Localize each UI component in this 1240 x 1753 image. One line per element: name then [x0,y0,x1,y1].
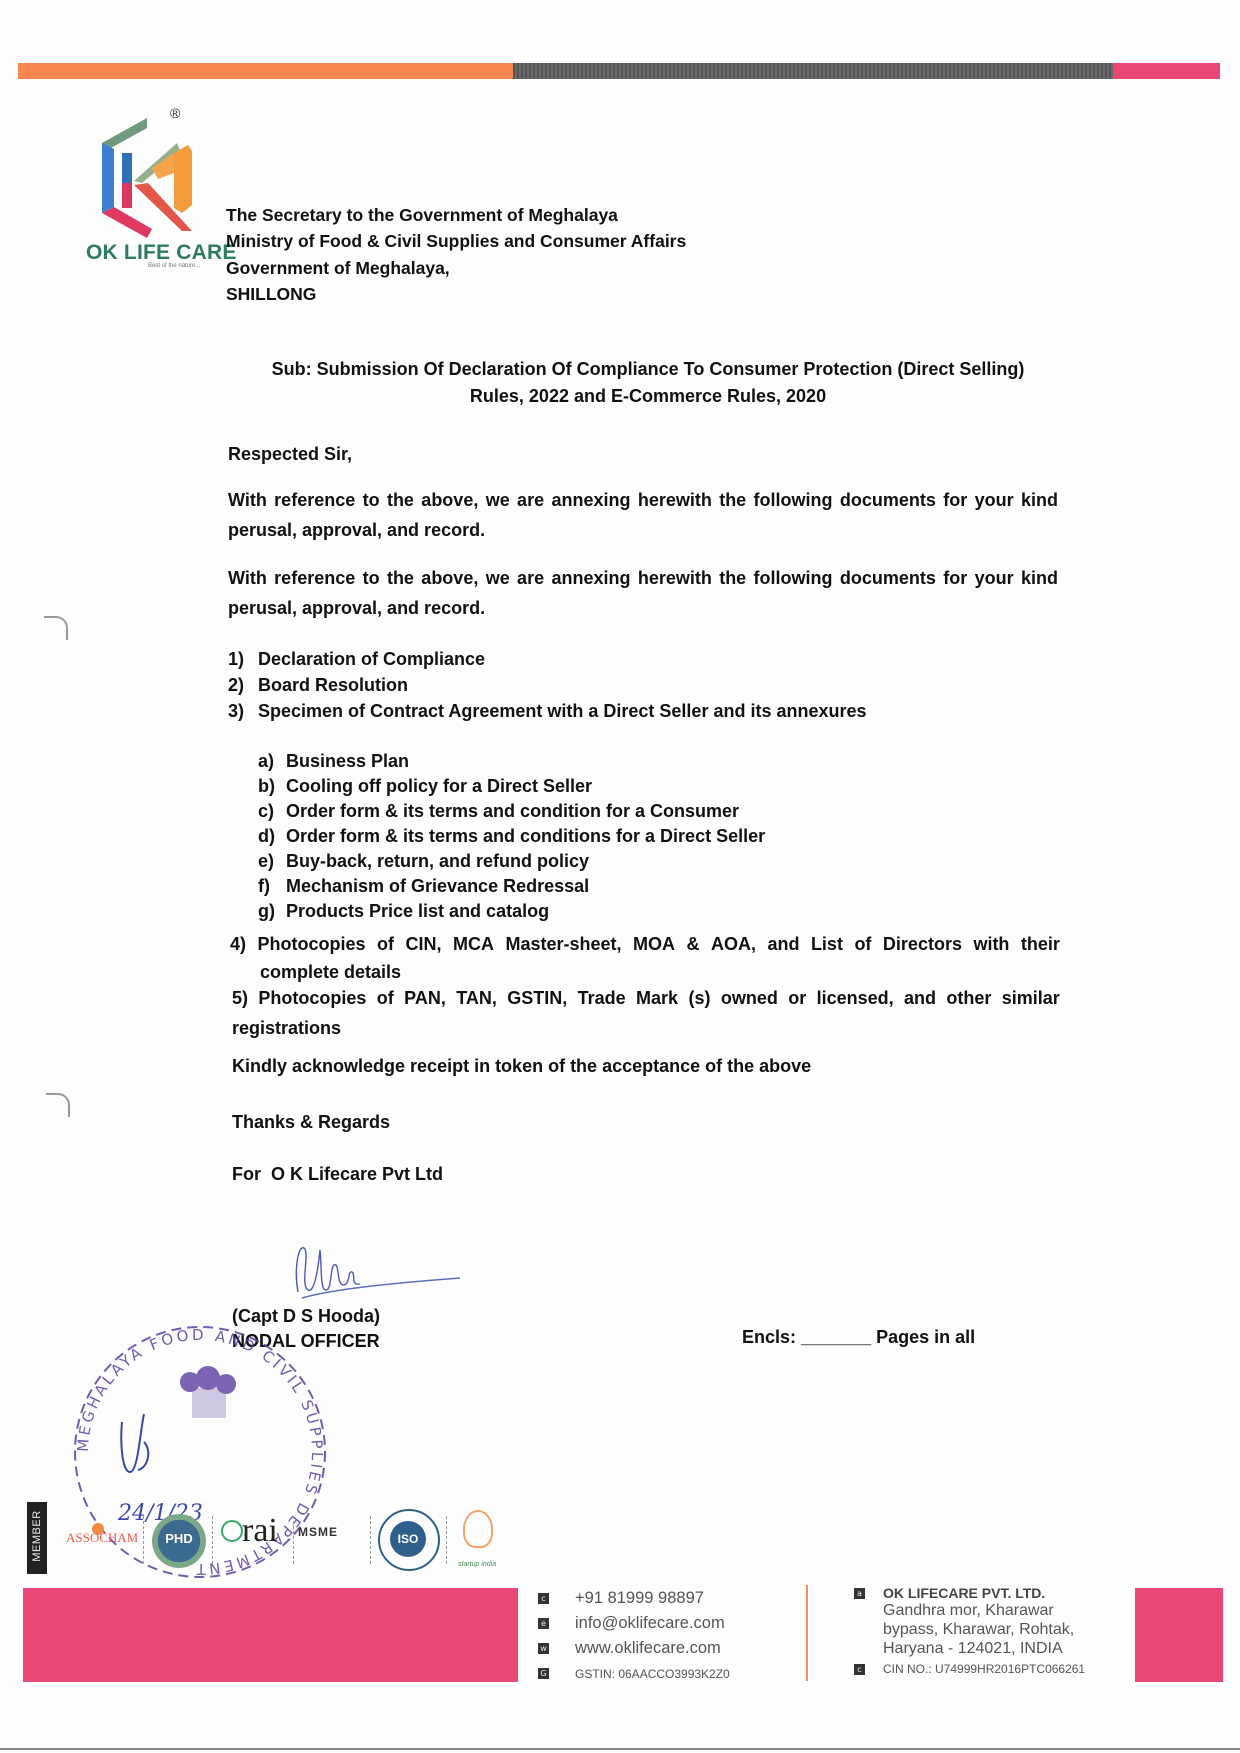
startup-india-badge: startup india [458,1561,496,1568]
cin-number: CIN NO.: U74999HR2016PTC066261 [883,1662,1085,1676]
list-item: 2)Board Resolution [228,672,867,698]
gstin-icon: G [538,1668,549,1679]
msme-badge: MSME [298,1525,338,1539]
list-item: d)Order form & its terms and conditions … [258,823,765,849]
divider [293,1516,294,1564]
item5-continuation: registrations [232,1013,1060,1043]
list-item: 3)Specimen of Contract Agreement with a … [228,698,867,724]
word: (s) [688,983,710,1013]
phone-icon: c [538,1593,549,1604]
word: owned [721,983,778,1013]
recipient-line: Government of Meghalaya, [226,255,686,281]
logo-name: OK LIFE CARE [86,241,237,265]
word: 4) [230,930,246,958]
phone-number[interactable]: +91 81999 98897 [575,1589,704,1608]
rai-badge: rai [242,1512,278,1550]
divider [446,1516,447,1564]
word: licensed, [817,983,894,1013]
word: of [854,930,871,958]
word: Photocopies [258,983,366,1013]
email-link[interactable]: info@oklifecare.com [575,1614,725,1633]
salutation: Respected Sir, [228,441,352,467]
documents-list: 1)Declaration of Compliance 2)Board Reso… [228,646,867,724]
cin-icon: c [854,1664,865,1675]
acknowledge-request: Kindly acknowledge receipt in token of t… [232,1053,811,1079]
footer-pink-block [23,1588,518,1682]
footer-pink-block [1135,1588,1223,1682]
divider [370,1516,371,1564]
word: Directors [883,930,962,958]
member-label: MEMBER [27,1502,47,1574]
subject: Sub: Submission Of Declaration Of Compli… [228,356,1068,410]
word: & [686,930,699,958]
word: other [946,983,991,1013]
list-item: g)Products Price list and catalog [258,898,765,924]
gstin-number: GSTIN: 06AACCO3993K2Z0 [575,1667,730,1681]
word: Photocopies [258,930,366,958]
word: of [377,930,394,958]
logo-tagline: Best of the nature... [148,263,200,269]
assocham-badge: ASSOCHAM [66,1530,138,1546]
contact-phone: c +91 81999 98897 [538,1586,730,1611]
word: GSTIN, [507,983,567,1013]
enclosures-suffix: Pages in all [876,1327,975,1347]
address-icon: a [854,1588,865,1599]
recipient-address: The Secretary to the Government of Megha… [226,202,686,307]
address-line: Gandhra mor, Kharawar [854,1601,1085,1620]
word: TAN, [456,983,497,1013]
enclosures: Encls: _______ Pages in all [742,1324,975,1350]
contact-email: e info@oklifecare.com [538,1611,730,1636]
registered-mark: ® [170,105,180,121]
word: MOA [633,930,675,958]
word: Master-sheet, [505,930,621,958]
band-gray [513,63,1113,79]
page-edge [0,1748,1240,1750]
web-icon: w [538,1643,549,1654]
annexures-list: a)Business Plan b)Cooling off policy for… [258,748,765,924]
word: with [973,930,1009,958]
word: and [904,983,936,1013]
startup-india-bulb-icon [463,1510,493,1548]
subject-line-1: Sub: Submission Of Declaration Of Compli… [228,356,1068,383]
list-item-4: 4)PhotocopiesofCIN,MCAMaster-sheet,MOA&A… [230,930,1060,986]
email-icon: e [538,1618,549,1629]
address-line: bypass, Kharawar, Rohtak, [854,1620,1085,1639]
word: MCA [453,930,494,958]
list-item: 1)Declaration of Compliance [228,646,867,672]
ok-logo-mark-icon [92,113,202,243]
item4-first-line: 4)PhotocopiesofCIN,MCAMaster-sheet,MOA&A… [230,930,1060,958]
list-item: f)Mechanism of Grievance Redressal [258,873,765,899]
subject-line-2: Rules, 2022 and E-Commerce Rules, 2020 [228,383,1068,410]
punch-hole-mark [46,1093,70,1117]
list-item: b)Cooling off policy for a Direct Seller [258,773,765,799]
enclosures-label: Encls: [742,1327,796,1347]
address-line: Haryana - 124021, INDIA [854,1639,1085,1658]
word: AOA, [711,930,756,958]
footer-contacts: c +91 81999 98897 e info@oklifecare.com … [538,1586,730,1686]
footer-company: a OK LIFECARE PVT. LTD. Gandhra mor, Kha… [854,1585,1085,1676]
enclosures-blank: _______ [801,1327,871,1347]
word: 5) [232,983,248,1013]
word: PAN, [404,983,446,1013]
regards: Thanks & Regards [232,1109,390,1135]
word: List [811,930,843,958]
signature-icon [290,1240,470,1310]
rai-cart-icon [221,1520,243,1542]
contact-website: w www.oklifecare.com [538,1636,730,1661]
word: similar [1002,983,1060,1013]
word: CIN, [405,930,441,958]
phd-chamber-badge: PHD [152,1514,206,1568]
company-name: OK LIFECARE PVT. LTD. [883,1585,1045,1601]
website-link[interactable]: www.oklifecare.com [575,1639,721,1658]
band-pink [1113,63,1220,79]
recipient-line: SHILLONG [226,281,686,307]
paragraph: With reference to the above, we are anne… [228,563,1058,623]
item5-first-line: 5)PhotocopiesofPAN,TAN,GSTIN,TradeMark(s… [232,983,1060,1013]
footer-divider [806,1585,808,1681]
for-company: For O K Lifecare Pvt Ltd [232,1161,443,1187]
list-item-5: 5)PhotocopiesofPAN,TAN,GSTIN,TradeMark(s… [232,983,1060,1043]
item4-continuation: complete details [230,958,1060,986]
word: Trade [578,983,626,1013]
word: Mark [636,983,678,1013]
word: their [1021,930,1060,958]
divider [143,1516,144,1564]
company-logo: ® OK LIFE CARE Best of the nature... [86,105,214,265]
contact-gstin: G GSTIN: 06AACCO3993K2Z0 [538,1661,730,1686]
paragraph: With reference to the above, we are anne… [228,485,1058,545]
letterhead-color-band [18,63,1220,79]
punch-hole-mark [44,616,68,640]
divider [212,1516,213,1564]
list-item: e)Buy-back, return, and refund policy [258,848,765,874]
recipient-line: The Secretary to the Government of Megha… [226,202,686,228]
list-item: c)Order form & its terms and condition f… [258,798,765,824]
recipient-line: Ministry of Food & Civil Supplies and Co… [226,228,686,254]
word: of [377,983,394,1013]
list-item: a)Business Plan [258,748,765,774]
band-orange [18,63,513,79]
word: and [767,930,799,958]
iso-badge: ISO [390,1521,426,1557]
word: or [788,983,806,1013]
